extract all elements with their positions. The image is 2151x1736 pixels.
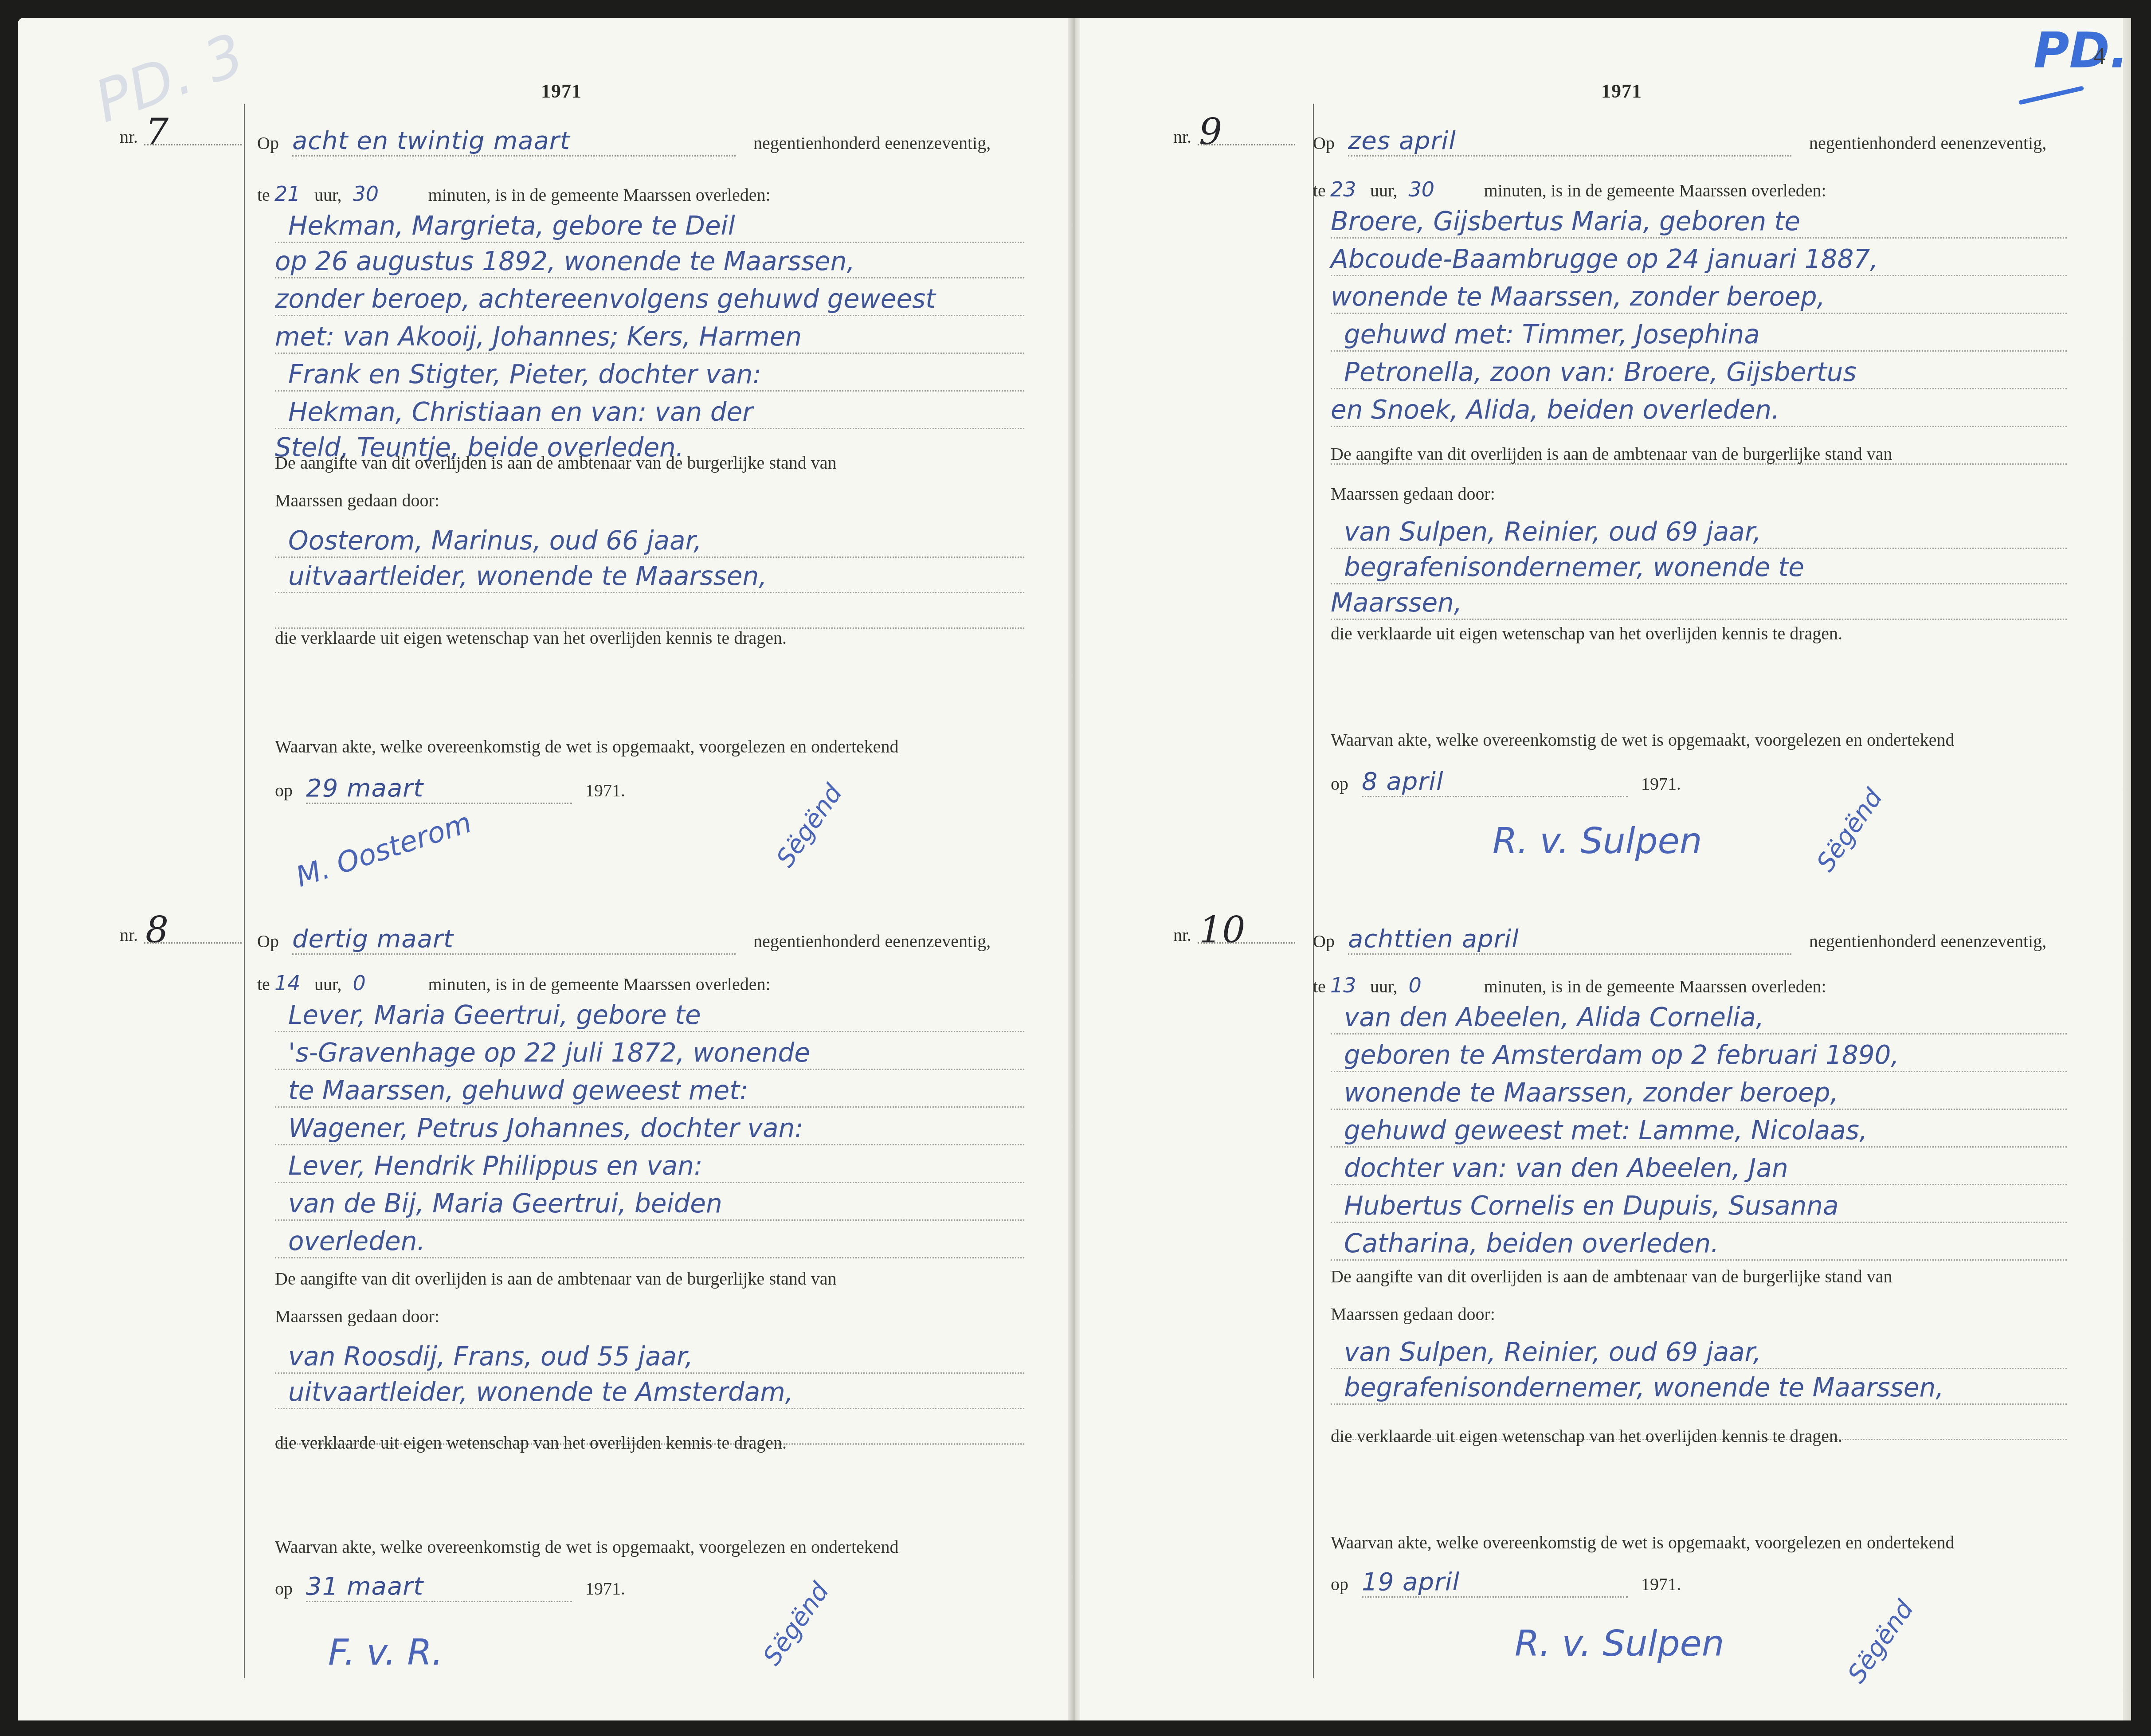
signing-date-line: op 31 maart 1971. [275, 1572, 625, 1602]
deceased-line: Lever, Maria Geertrui, gebore te [288, 1000, 701, 1030]
corner-initials-stamp: PD. [2033, 22, 2128, 79]
declarant-line: Maarssen, [1331, 588, 1462, 618]
dotted-fill [144, 942, 242, 944]
record-number: nr. 10 [1173, 925, 1191, 945]
declarant-signature: R. v. Sulpen [1493, 820, 1702, 862]
deceased-line: Hekman, Margrieta, gebore te Deil [288, 211, 735, 241]
deceased-line: wonende te Maarssen, zonder beroep, [1331, 282, 1825, 312]
page-year-header: 1971 [541, 80, 582, 102]
deceased-line: Broere, Gijsbertus Maria, geboren te [1331, 206, 1800, 236]
deceased-line: gehuwd met: Timmer, Josephina [1344, 319, 1760, 349]
deceased-line: dochter van: van den Abeelen, Jan [1344, 1153, 1788, 1183]
deceased-line: Abcoude-Baambrugge op 24 januari 1887, [1331, 244, 1878, 274]
declarant-line: uitvaartleider, wonende te Amsterdam, [288, 1377, 793, 1407]
signing-year: 1971. [1641, 1574, 1681, 1594]
book-spine [1068, 18, 1080, 1720]
death-time-line: te 23 uur, 30 minuten, is in de gemeente… [1313, 177, 1826, 201]
record-number-value: 7 [145, 111, 168, 153]
hour-handwritten: 21 [274, 182, 310, 206]
place-text: minuten, is in de gemeente Maarssen over… [428, 974, 771, 994]
verklaarde-text: die verklaarde uit eigen wetenschap van … [1331, 1426, 1842, 1446]
waarvan-akte-text: Waarvan akte, welke overeenkomstig de we… [275, 736, 899, 757]
deceased-line: te Maarssen, gehuwd geweest met: [288, 1075, 748, 1105]
death-time-line: te 21 uur, 30 minuten, is in de gemeente… [257, 182, 771, 206]
deceased-line: overleden. [288, 1226, 425, 1256]
death-date-handwritten: zes april [1348, 126, 1791, 157]
deceased-line: Frank en Stigter, Pieter, dochter van: [288, 359, 761, 389]
op-label: Op [1313, 931, 1335, 951]
declarant-details: van Sulpen, Reinier, oud 69 jaar, begraf… [1331, 1326, 2067, 1441]
declarant-details: van Sulpen, Reinier, oud 69 jaar, begraf… [1331, 506, 2067, 621]
death-date-line: Op dertig maart negentienhonderd eenenze… [257, 925, 991, 955]
gedaan-door-label: Maarssen gedaan door: [1331, 483, 1495, 504]
uur-label: uur, [314, 185, 342, 205]
nr-label: nr. [120, 925, 138, 945]
deceased-line: van de Bij, Maria Geertrui, beiden [288, 1188, 722, 1219]
deceased-line: wonende te Maarssen, zonder beroep, [1344, 1078, 1838, 1108]
op-label: Op [1313, 133, 1335, 153]
te-label: te [1313, 976, 1326, 996]
declarant-line: van Roosdij, Frans, oud 55 jaar, [288, 1341, 693, 1372]
nr-label: nr. [1173, 925, 1191, 945]
te-label: te [257, 974, 270, 994]
death-date-handwritten: dertig maart [292, 925, 736, 955]
declarant-line: van Sulpen, Reinier, oud 69 jaar, [1344, 517, 1761, 547]
minutes-handwritten: 0 [1409, 973, 1480, 997]
signing-date-line: op 19 april 1971. [1331, 1567, 1681, 1598]
place-text: minuten, is in de gemeente Maarssen over… [1484, 976, 1826, 996]
op-label: op [275, 1579, 293, 1599]
death-time-line: te 14 uur, 0 minuten, is in de gemeente … [257, 971, 771, 995]
declarant-details: van Roosdij, Frans, oud 55 jaar, uitvaar… [275, 1330, 1024, 1437]
initials-underline [2018, 86, 2084, 105]
death-date-line: Op achttien april negentienhonderd eenen… [1313, 925, 2046, 955]
op-label: op [1331, 774, 1348, 794]
aangifte-text: De aangifte van dit overlijden is aan de… [275, 452, 837, 473]
deceased-line: Hekman, Christiaan en van: van der [288, 397, 753, 427]
death-date-handwritten: achttien april [1348, 925, 1791, 955]
dotted-fill [144, 144, 242, 145]
century-text: negentienhonderd eenenzeventig, [1809, 133, 2046, 153]
deceased-line: zonder beroep, achtereenvolgens gehuwd g… [275, 284, 936, 314]
record-number-value: 8 [145, 909, 168, 952]
signing-year: 1971. [1641, 774, 1681, 794]
page-year-header: 1971 [1601, 80, 1642, 102]
waarvan-akte-text: Waarvan akte, welke overeenkomstig de we… [1331, 729, 1955, 750]
hour-handwritten: 14 [274, 971, 310, 995]
deceased-details: Broere, Gijsbertus Maria, geboren te Abc… [1331, 200, 2067, 448]
record-number-value: 9 [1199, 111, 1222, 153]
declarant-line: begrafenisondernemer, wonende te Maarsse… [1344, 1372, 1944, 1403]
death-date-handwritten: acht en twintig maart [292, 126, 736, 157]
deceased-line: van den Abeelen, Alida Cornelia, [1344, 1002, 1764, 1032]
op-label: Op [257, 931, 279, 951]
death-time-line: te 13 uur, 0 minuten, is in de gemeente … [1313, 973, 1826, 997]
uur-label: uur, [1370, 180, 1398, 200]
signing-date-handwritten: 8 april [1362, 767, 1628, 797]
record-number-value: 10 [1199, 909, 1245, 952]
deceased-line: Hubertus Cornelis en Dupuis, Susanna [1344, 1191, 1839, 1221]
page-number: 4 [2093, 42, 2105, 70]
signing-date-handwritten: 19 april [1362, 1567, 1628, 1598]
deceased-details: van den Abeelen, Alida Cornelia, geboren… [1331, 995, 2067, 1262]
declarant-signature: F. v. R. [328, 1632, 443, 1673]
waarvan-akte-text: Waarvan akte, welke overeenkomstig de we… [1331, 1532, 1955, 1553]
dotted-fill [1198, 942, 1295, 944]
gedaan-door-label: Maarssen gedaan door: [1331, 1304, 1495, 1325]
signing-date-line: op 29 maart 1971. [275, 774, 625, 804]
deceased-line: en Snoek, Alida, beiden overleden. [1331, 395, 1779, 425]
gedaan-door-label: Maarssen gedaan door: [275, 1306, 439, 1327]
declarant-line: van Sulpen, Reinier, oud 69 jaar, [1344, 1337, 1761, 1367]
century-text: negentienhonderd eenenzeventig, [753, 133, 991, 153]
margin-rule [244, 104, 245, 1678]
deceased-line: op 26 augustus 1892, wonende te Maarssen… [275, 246, 855, 276]
page-edge [2123, 18, 2131, 1720]
margin-rule [1313, 104, 1314, 1678]
dotted-fill [1198, 144, 1295, 145]
aangifte-text: De aangifte van dit overlijden is aan de… [1331, 1266, 1892, 1287]
record-number: nr. 7 [120, 126, 138, 147]
hour-handwritten: 13 [1330, 973, 1366, 997]
nr-label: nr. [1173, 127, 1191, 147]
gedaan-door-label: Maarssen gedaan door: [275, 490, 439, 511]
verklaarde-text: die verklaarde uit eigen wetenschap van … [1331, 623, 1842, 644]
aangifte-text: De aangifte van dit overlijden is aan de… [275, 1268, 837, 1289]
deceased-line: geboren te Amsterdam op 2 februari 1890, [1344, 1040, 1899, 1070]
declarant-signature: R. v. Sulpen [1515, 1623, 1724, 1664]
deceased-line: 's-Gravenhage op 22 juli 1872, wonende [288, 1038, 810, 1068]
signing-year: 1971. [585, 1579, 625, 1599]
deceased-details: Lever, Maria Geertrui, gebore te 's-Grav… [275, 993, 1024, 1242]
verklaarde-text: die verklaarde uit eigen wetenschap van … [275, 627, 787, 648]
declarant-line: uitvaartleider, wonende te Maarssen, [288, 561, 767, 591]
deceased-line: Catharina, beiden overleden. [1344, 1228, 1719, 1258]
aangifte-text: De aangifte van dit overlijden is aan de… [1331, 443, 1892, 464]
hour-handwritten: 23 [1330, 177, 1366, 201]
record-number: nr. 8 [120, 925, 138, 945]
signing-date-handwritten: 29 maart [306, 774, 572, 804]
op-label: Op [257, 133, 279, 153]
minutes-handwritten: 0 [353, 971, 424, 995]
deceased-line: Petronella, zoon van: Broere, Gijsbertus [1344, 357, 1857, 387]
minutes-handwritten: 30 [353, 182, 424, 206]
death-date-line: Op acht en twintig maart negentienhonder… [257, 126, 991, 157]
century-text: negentienhonderd eenenzeventig, [1809, 931, 2046, 951]
death-date-line: Op zes april negentienhonderd eenenzeven… [1313, 126, 2046, 157]
te-label: te [257, 185, 270, 205]
place-text: minuten, is in de gemeente Maarssen over… [1484, 180, 1826, 200]
bleedthrough-annotation: PD. 3 [86, 20, 252, 136]
record-number: nr. 9 [1173, 126, 1191, 147]
signing-date-handwritten: 31 maart [306, 1572, 572, 1602]
deceased-line: Wagener, Petrus Johannes, dochter van: [288, 1113, 803, 1143]
deceased-line: met: van Akooij, Johannes; Kers, Harmen [275, 321, 802, 352]
uur-label: uur, [314, 974, 342, 994]
te-label: te [1313, 180, 1326, 200]
waarvan-akte-text: Waarvan akte, welke overeenkomstig de we… [275, 1536, 899, 1557]
declarant-line: Oosterom, Marinus, oud 66 jaar, [288, 525, 702, 556]
deceased-line: Lever, Hendrik Philippus en van: [288, 1151, 702, 1181]
signing-date-line: op 8 april 1971. [1331, 767, 1681, 797]
nr-label: nr. [120, 127, 138, 147]
place-text: minuten, is in de gemeente Maarssen over… [428, 185, 771, 205]
signing-year: 1971. [585, 780, 625, 800]
uur-label: uur, [1370, 976, 1398, 996]
verklaarde-text: die verklaarde uit eigen wetenschap van … [275, 1432, 787, 1453]
minutes-handwritten: 30 [1409, 177, 1480, 201]
op-label: op [275, 780, 293, 800]
op-label: op [1331, 1574, 1348, 1594]
century-text: negentienhonderd eenenzeventig, [753, 931, 991, 951]
declarant-details: Oosterom, Marinus, oud 66 jaar, uitvaart… [275, 514, 1024, 621]
deceased-line: gehuwd geweest met: Lamme, Nicolaas, [1344, 1115, 1867, 1145]
deceased-details: Hekman, Margrieta, gebore te Deil op 26 … [275, 204, 1024, 452]
declarant-line: begrafenisondernemer, wonende te [1344, 552, 1804, 582]
